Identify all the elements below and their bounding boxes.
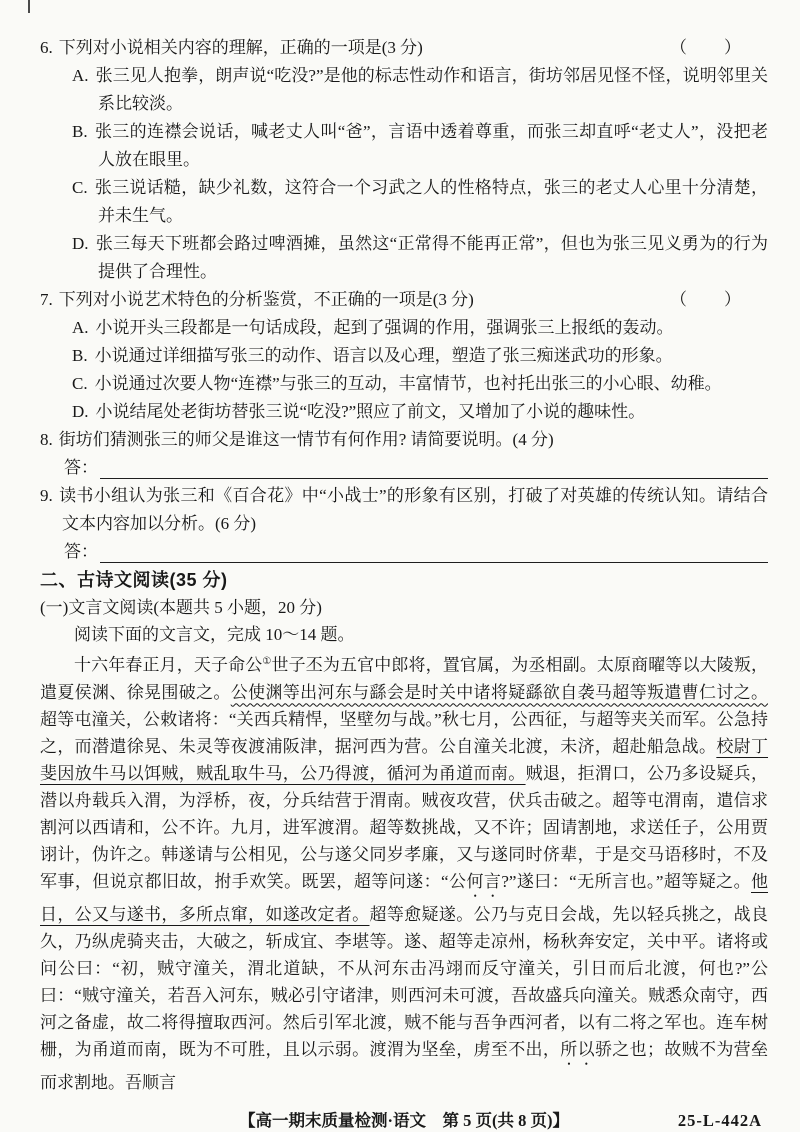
reading-instruction: 阅读下面的文言文，完成 10～14 题。	[40, 621, 768, 648]
option-7b: B.小说通过详细描写张三的动作、语言以及心理，塑造了张三痴迷武功的形象。	[72, 342, 768, 370]
option-6b: B.张三的连襟会说话，喊老丈人叫“爸”，言语中透着尊重，而张三却直呼“老丈人”，…	[72, 118, 768, 174]
option-label: D.	[72, 234, 89, 253]
question-8-stem-line: 8.街坊们猜测张三的师父是谁这一情节有何作用? 请简要说明。(4 分)	[40, 426, 768, 454]
question-stem: 街坊们猜测张三的师父是谁这一情节有何作用? 请简要说明。(4 分)	[59, 430, 554, 449]
option-label: B.	[72, 122, 88, 141]
answer-brackets: （ ）	[670, 34, 742, 62]
passage-segment-normal: ?”遂曰：“无所言也。”超等疑之。	[501, 872, 751, 891]
option-label: B.	[72, 346, 88, 365]
answer-brackets: （ ）	[670, 286, 742, 314]
footer-title-page: 【高一期末质量检测·语文 第 5 页(共 8 页)】	[239, 1111, 569, 1130]
paper-code: 25-L-442A	[678, 1108, 762, 1132]
exam-page: 6.下列对小说相关内容的理解，正确的一项是(3 分) （ ） A.张三见人抱拳，…	[0, 0, 800, 1132]
question-number: 8.	[40, 430, 53, 449]
option-label: C.	[72, 374, 88, 393]
question-6: 6.下列对小说相关内容的理解，正确的一项是(3 分) （ ） A.张三见人抱拳，…	[40, 34, 768, 286]
question-7: 7.下列对小说艺术特色的分析鉴赏，不正确的一项是(3 分) （ ） A.小说开头…	[40, 286, 768, 426]
passage-segment-normal: 超等愈疑遂。公乃与克日会战，先以轻兵挑之，战良久，乃纵虎骑夹击，大破之，斩成宜、…	[40, 905, 768, 1059]
option-text: 张三说话糙，缺少礼数，这符合一个习武之人的性格特点，张三的老丈人心里十分清楚，并…	[95, 178, 768, 225]
passage: 十六年春正月，天子命公①世子丕为五官中郎将，置官属，为丞相副。太原商曜等以大陵叛…	[40, 648, 768, 1096]
option-label: C.	[72, 178, 88, 197]
answer-blank-rule	[100, 455, 768, 479]
question-8: 8.街坊们猜测张三的师父是谁这一情节有何作用? 请简要说明。(4 分) 答：	[40, 426, 768, 482]
question-stem: 下列对小说艺术特色的分析鉴赏，不正确的一项是(3 分)	[59, 290, 474, 309]
passage-segment-normal: 超等屯潼关，公敕诸将：“关西兵精悍，坚壁勿与战。”秋七月，公西征，与超等夹关而军…	[40, 710, 768, 756]
question-stem: 读书小组认为张三和《百合花》中“小战士”的形象有区别，打破了对英雄的传统认知。请…	[59, 486, 768, 533]
question-number: 7.	[40, 290, 53, 309]
question-8-answer-line: 答：	[64, 454, 768, 482]
question-number: 9.	[40, 486, 53, 505]
passage-segment-dots: 何言	[466, 872, 501, 891]
question-9: 9.读书小组认为张三和《百合花》中“小战士”的形象有区别，打破了对英雄的传统认知…	[40, 482, 768, 566]
option-6d: D.张三每天下班都会路过啤酒摊，虽然这“正常得不能再正常”，但也为张三见义勇为的…	[72, 230, 768, 286]
question-stem: 下列对小说相关内容的理解，正确的一项是(3 分)	[59, 38, 423, 57]
passage-segment-wavy: 公使渊等出河东与繇会是时关中诸将疑繇欲自袭马超等叛遣曹仁讨之。	[231, 683, 768, 702]
answer-label: 答：	[64, 454, 98, 482]
option-7a: A.小说开头三段都是一句话成段，起到了强调的作用，强调张三上报纸的轰动。	[72, 314, 768, 342]
answer-blank-rule	[100, 539, 768, 563]
option-text: 小说结尾处老街坊替张三说“吃没?”照应了前文，又增加了小说的趣味性。	[96, 402, 646, 421]
option-label: D.	[72, 402, 89, 421]
option-text: 小说通过详细描写张三的动作、语言以及心理，塑造了张三痴迷武功的形象。	[95, 346, 673, 365]
answer-label: 答：	[64, 538, 98, 566]
question-9-stem-line: 9.读书小组认为张三和《百合花》中“小战士”的形象有区别，打破了对英雄的传统认知…	[40, 482, 768, 538]
option-text: 张三每天下班都会路过啤酒摊，虽然这“正常得不能再正常”，但也为张三见义勇为的行为…	[96, 234, 768, 281]
option-6c: C.张三说话糙，缺少礼数，这符合一个习武之人的性格特点，张三的老丈人心里十分清楚…	[72, 174, 768, 230]
option-text: 张三见人抱拳，朗声说“吃没?”是他的标志性动作和语言，街坊邻居见怪不怪，说明邻里…	[96, 66, 768, 113]
page-footer: 【高一期末质量检测·语文 第 5 页(共 8 页)】 25-L-442A	[40, 1108, 768, 1132]
question-9-answer-line: 答：	[64, 538, 768, 566]
question-number: 6.	[40, 38, 53, 57]
scan-artifact-tick	[28, 0, 30, 13]
option-7d: D.小说结尾处老街坊替张三说“吃没?”照应了前文，又增加了小说的趣味性。	[72, 398, 768, 426]
question-7-stem-line: 7.下列对小说艺术特色的分析鉴赏，不正确的一项是(3 分) （ ）	[40, 286, 768, 314]
option-text: 小说开头三段都是一句话成段，起到了强调的作用，强调张三上报纸的轰动。	[96, 318, 674, 337]
section-title: 二、古诗文阅读(35 分)	[40, 566, 768, 594]
option-7c: C.小说通过次要人物“连襟”与张三的互动，丰富情节，也衬托出张三的小心眼、幼稚。	[72, 370, 768, 398]
option-label: A.	[72, 318, 89, 337]
subsection-title: (一)文言文阅读(本题共 5 小题，20 分)	[40, 594, 768, 621]
passage-segment-normal: 十六年春正月，天子命公	[74, 656, 262, 675]
option-text: 张三的连襟会说话，喊老丈人叫“爸”，言语中透着尊重，而张三却直呼“老丈人”，没把…	[95, 122, 768, 169]
option-text: 小说通过次要人物“连襟”与张三的互动，丰富情节，也衬托出张三的小心眼、幼稚。	[95, 374, 722, 393]
question-6-stem-line: 6.下列对小说相关内容的理解，正确的一项是(3 分) （ ）	[40, 34, 768, 62]
option-6a: A.张三见人抱拳，朗声说“吃没?”是他的标志性动作和语言，街坊邻居见怪不怪，说明…	[72, 62, 768, 118]
passage-segment-dots: 所以	[560, 1040, 595, 1059]
option-label: A.	[72, 66, 89, 85]
